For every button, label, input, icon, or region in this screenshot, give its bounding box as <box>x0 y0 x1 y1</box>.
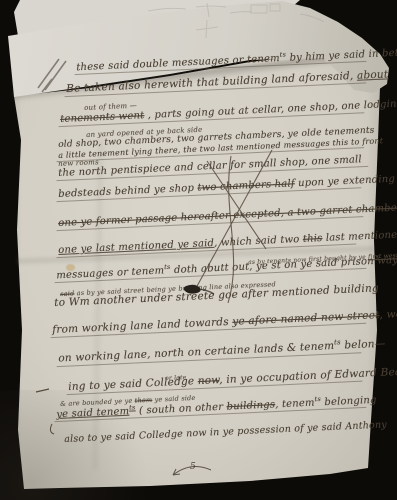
manuscript-line: from working lane land towards ye afore … <box>52 308 397 336</box>
text-run: on working lane, north on certaine lands… <box>58 340 334 365</box>
manuscript-text-layer: these said double messuages or tenemts b… <box>0 0 397 500</box>
text-run: last mentioned <box>322 229 397 244</box>
text-run: now <box>198 374 220 387</box>
text-run: , parts going out at cellar, one shop, o… <box>144 97 397 121</box>
text-run: , tenem <box>275 398 315 411</box>
manuscript-line: one ye last mentioned ye said, which sai… <box>58 229 397 256</box>
manuscript-line: on working lane, north on certaine lands… <box>58 336 386 364</box>
text-run: belon— <box>341 338 386 352</box>
text-run: one ye former passage hereafter excepted… <box>58 202 397 229</box>
manuscript-line: one ye former passage hereafter excepted… <box>58 202 397 229</box>
text-run: buildings <box>226 399 275 412</box>
page-number: 5 <box>190 462 196 472</box>
text-run: , west <box>379 308 397 321</box>
text-run: upon ye extending in ye yard <box>295 171 397 189</box>
text-run: also to ye said Colledge now in ye posse… <box>64 419 387 445</box>
text-run: about <box>357 68 389 81</box>
manuscript-line: ye said tenemts ( south on other buildin… <box>56 392 377 420</box>
manuscript-line: tenements went , parts going out at cell… <box>60 97 397 125</box>
text-run: belonging <box>321 395 377 409</box>
manuscript-line: ing to ye said Colledge now, in ye occup… <box>68 365 397 393</box>
manuscript-line: messuages or tenemts doth abutt out, ye … <box>56 252 397 281</box>
manuscript-line: also to ye said Colledge now in ye posse… <box>64 419 387 445</box>
manuscript-photo: these said double messuages or tenemts b… <box>0 0 397 500</box>
text-run: this <box>303 233 323 245</box>
manuscript-line: these said double messuages or tenemts b… <box>76 45 397 74</box>
